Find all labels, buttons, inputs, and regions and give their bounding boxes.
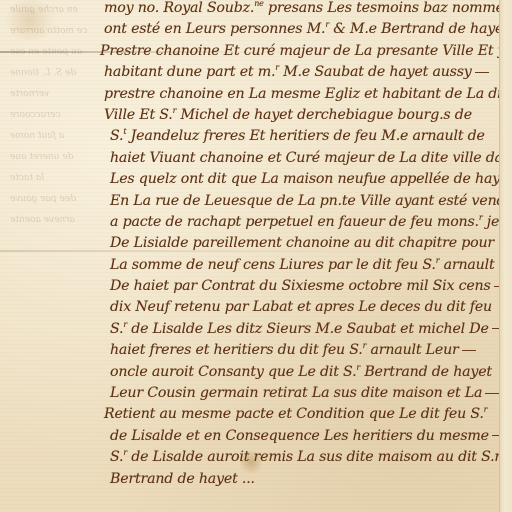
bleed-through-line: en arche gaule (10, 0, 105, 21)
line-text: haiet freres et heritiers du dit feu S. (110, 342, 363, 358)
manuscript-line: Les quelz ont dit que La maison neufue a… (110, 169, 504, 190)
manuscript-line: habitant dune part et m.r M.e Saubat de … (104, 62, 504, 83)
manuscript-line: dix Neuf retenu par Labat et apres Le de… (110, 297, 504, 318)
manuscript-line: haiet Viuant chanoine et Curé majeur de … (110, 148, 504, 169)
line-text: habitant dune part et m. (104, 64, 275, 80)
line-filler-dash (485, 393, 499, 394)
manuscript-line: S.t Jeandeluz freres Et heritiers de feu… (110, 126, 504, 147)
line-text-continued: de Lisalde Les ditz Sieurs M.e Saubat et… (127, 321, 489, 337)
manuscript-line: S.r de Lisalde auroit remis La sus dite … (110, 447, 504, 468)
line-text-continued: Jeandeluz freres Et heritiers de feu M.e… (126, 128, 484, 144)
line-text-continued: Bertrand de hayet (360, 364, 492, 380)
line-text: ont esté en Leurs personnes M. (104, 21, 325, 37)
line-text: Bertrand de hayet ... (110, 471, 255, 487)
bleed-through-line: vernorte (10, 84, 105, 105)
manuscript-line: ont esté en Leurs personnes M.r & M.e Be… (104, 19, 504, 40)
bleed-through-line: au ponte en ose (10, 42, 105, 63)
line-filler-dash (462, 350, 476, 351)
line-text: En La rue de Leuesque de La pn.te Ville … (110, 193, 512, 209)
manuscript-line: S.r de Lisalde Les ditz Sieurs M.e Sauba… (110, 319, 504, 340)
manuscript-line: oncle auroit Consanty que Le dit S.r Ber… (110, 362, 504, 383)
superscript-abbreviation: r (484, 405, 488, 414)
line-text: de Lisalde et en Consequence Les heritie… (110, 428, 489, 444)
line-text: Retient au mesme pacte et Condition que … (104, 406, 484, 422)
line-text: S. (110, 321, 123, 337)
bleed-through-line: arneve aoente (10, 210, 105, 231)
line-text: haiet Viuant chanoine et Curé majeur de … (110, 150, 512, 166)
line-text: Ville Et S. (104, 107, 173, 123)
line-text: Prestre chanoine Et curé majeur de La pr… (100, 43, 506, 59)
line-text: S. (110, 449, 123, 465)
manuscript-line: prestre chanoine en La mesme Egliz et ha… (104, 84, 504, 105)
line-text: Leur Cousin germain retirat La sus dite … (110, 385, 482, 401)
manuscript-page: en arche gaulece motto aorrareau ponte e… (0, 0, 512, 512)
sheet-right-edge (499, 0, 512, 512)
manuscript-line: haiet freres et heritiers du dit feu S.r… (110, 340, 504, 361)
bleed-through-line: ceraccoore (10, 105, 105, 126)
line-text: oncle auroit Consanty que Le dit S. (110, 364, 356, 380)
manuscript-line: de Lisalde et en Consequence Les heritie… (110, 426, 504, 447)
margin-bleed-through: en arche gaulece motto aorrareau ponte e… (10, 0, 105, 231)
bleed-through-line: a faut nome (10, 126, 105, 147)
line-text: prestre chanoine en La mesme Egliz et ha… (104, 86, 512, 102)
manuscript-line: Leur Cousin germain retirat La sus dite … (110, 383, 504, 404)
manuscript-line: Ville Et S.r Michel de hayet derchebiagu… (104, 105, 504, 126)
line-text-continued: Michel de hayet derchebiague bourg.s de (176, 107, 472, 123)
manuscript-line: a pacte de rachapt perpetuel en faueur d… (110, 212, 504, 233)
line-text-continued: arnault (439, 257, 494, 273)
line-text: S. (110, 128, 123, 144)
manuscript-line: En La rue de Leuesque de La pn.te Ville … (110, 191, 504, 212)
manuscript-line: La somme de neuf cens Liures par le dit … (110, 255, 504, 276)
handwritten-text: moy no. Royal Soubz.ne presans Les tesmo… (104, 0, 504, 490)
line-text: a pacte de rachapt perpetuel en faueur d… (110, 214, 479, 230)
bleed-through-line: la tacte (10, 168, 105, 189)
line-text: La somme de neuf cens Liures par le dit … (110, 257, 436, 273)
bleed-through-line: de S. L. tionne (10, 63, 105, 84)
line-text: moy no. Royal Soubz. (104, 0, 254, 16)
superscript-abbreviation: ne (254, 0, 264, 8)
manuscript-line: Bertrand de hayet ... (110, 469, 504, 490)
bleed-through-line: dee pae gauve (10, 189, 105, 210)
line-text-continued: & M.e Bertrand de hayet (329, 21, 509, 37)
manuscript-line: Prestre chanoine Et curé majeur de La pr… (100, 41, 504, 62)
manuscript-line: Retient au mesme pacte et Condition que … (104, 404, 504, 425)
line-filler-dash (475, 72, 489, 73)
line-text-continued: M.e Saubat de hayet aussy (279, 64, 472, 80)
manuscript-line: De Lisialde pareillement chanoine au dit… (110, 233, 504, 254)
line-text: Les quelz ont dit que La maison neufue a… (110, 171, 512, 187)
line-text-continued: presans Les tesmoins baz nommes (264, 0, 511, 16)
manuscript-line: De haiet par Contrat du Sixiesme octobre… (110, 276, 504, 297)
line-text-continued: de Lisalde auroit remis La sus dite mais… (127, 449, 501, 465)
bleed-through-line: de uneret aue (10, 147, 105, 168)
line-text-continued: arnault Leur (366, 342, 458, 358)
manuscript-line: moy no. Royal Soubz.ne presans Les tesmo… (104, 0, 504, 19)
line-text: dix Neuf retenu par Labat et apres Le de… (110, 299, 492, 315)
line-text: De haiet par Contrat du Sixiesme octobre… (110, 278, 491, 294)
line-text: De Lisialde pareillement chanoine au dit… (110, 235, 494, 251)
bleed-through-line: ce motto aorrare (10, 21, 105, 42)
